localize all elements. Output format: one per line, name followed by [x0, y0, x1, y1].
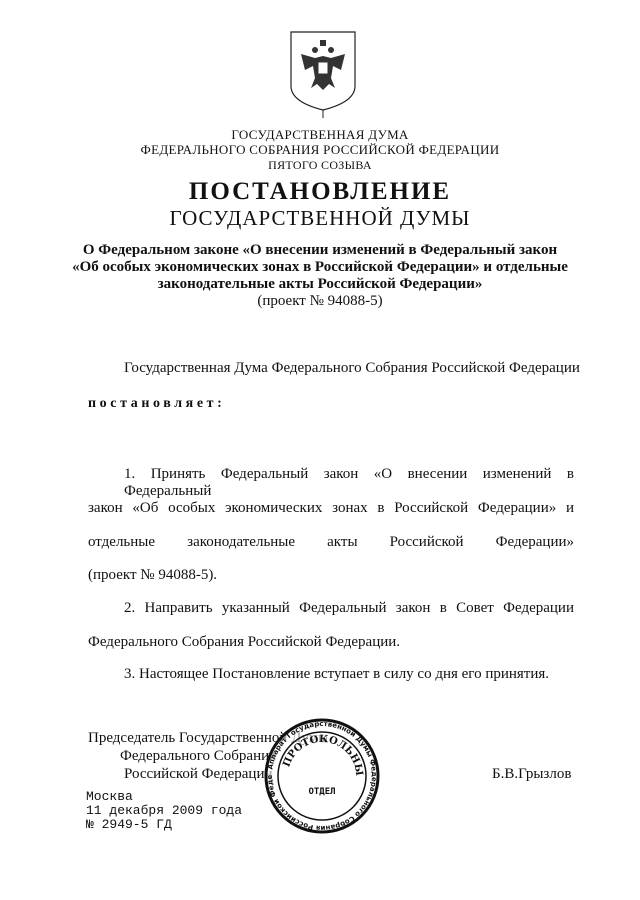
signer-title-line-3: Российской Федерации — [124, 766, 273, 783]
stamp-center-bottom: ОТДЕЛ — [308, 787, 335, 797]
item-1-line-3: отдельные законодательные акты Российско… — [88, 534, 574, 551]
doc-type-title: ПОСТАНОВЛЕНИЕ — [0, 178, 640, 206]
item-1-line-2: закон «Об особых экономических зонах в Р… — [88, 500, 574, 517]
item-3-line-1: 3. Настоящее Постановление вступает в си… — [124, 666, 549, 683]
project-number: (проект № 94088-5) — [0, 293, 640, 310]
signer-name: Б.В.Грызлов — [492, 766, 571, 783]
official-stamp: Аппарат Государственной Думы Федеральног… — [262, 716, 382, 836]
footer-city: Москва — [86, 790, 133, 804]
footer-number: № 2949-5 ГД — [86, 818, 172, 832]
item-2-line-2: Федерального Собрания Российской Федерац… — [88, 634, 400, 651]
subject-line-2: «Об особых экономических зонах в Российс… — [0, 259, 640, 276]
footer-date: 11 декабря 2009 года — [86, 804, 242, 818]
preamble-text: Государственная Дума Федерального Собран… — [124, 360, 580, 377]
signer-title-line-2: Федерального Собрания — [120, 748, 276, 765]
item-1-line-1: 1. Принять Федеральный закон «О внесении… — [124, 466, 574, 500]
org-line-3: ПЯТОГО СОЗЫВА — [0, 158, 640, 173]
coat-of-arms-icon — [287, 28, 359, 120]
subject-line-3: законодательные акты Российской Федераци… — [0, 276, 640, 293]
subject-line-1: О Федеральном законе «О внесении изменен… — [0, 242, 640, 259]
org-line-2: ФЕДЕРАЛЬНОГО СОБРАНИЯ РОССИЙСКОЙ ФЕДЕРАЦ… — [0, 142, 640, 157]
item-1-line-4: (проект № 94088-5). — [88, 567, 217, 584]
resolves-word: постановляет: — [88, 396, 225, 412]
doc-type-subtitle: ГОСУДАРСТВЕННОЙ ДУМЫ — [0, 206, 640, 231]
item-2-line-1: 2. Направить указанный Федеральный закон… — [124, 600, 574, 617]
org-line-1: ГОСУДАРСТВЕННАЯ ДУМА — [0, 127, 640, 142]
